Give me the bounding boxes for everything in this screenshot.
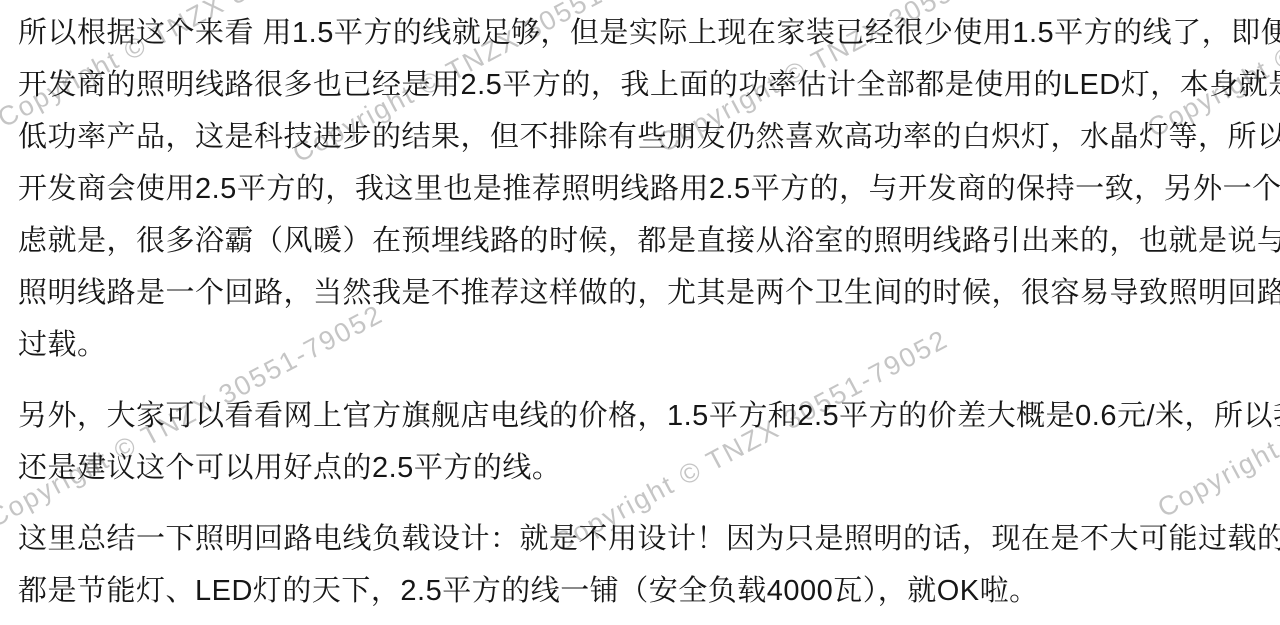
text-line: 开发商会使用2.5平方的，我这里也是推荐照明线路用2.5平方的，与开发商的保持一…	[18, 163, 1268, 215]
text-line: 这里总结一下照明回路电线负载设计：就是不用设计！因为只是照明的话，现在是不大可能…	[18, 513, 1268, 565]
text-line: 都是节能灯、LED灯的天下，2.5平方的线一铺（安全负载4000瓦），就OK啦。	[18, 565, 1268, 617]
text-line: 过载。	[18, 319, 1268, 371]
article-text: 所以根据这个来看 用1.5平方的线就足够，但是实际上现在家装已经很少使用1.5平…	[18, 7, 1268, 617]
text-line: 开发商的照明线路很多也已经是用2.5平方的，我上面的功率估计全部都是使用的LED…	[18, 59, 1268, 111]
text-line: 虑就是，很多浴霸（风暖）在预埋线路的时候，都是直接从浴室的照明线路引出来的，也就…	[18, 215, 1268, 267]
text-line: 另外，大家可以看看网上官方旗舰店电线的价格，1.5平方和2.5平方的价差大概是0…	[18, 390, 1268, 442]
text-line: 所以根据这个来看 用1.5平方的线就足够，但是实际上现在家装已经很少使用1.5平…	[18, 7, 1268, 59]
paragraph-wire-gauge-discussion: 所以根据这个来看 用1.5平方的线就足够，但是实际上现在家装已经很少使用1.5平…	[18, 7, 1268, 371]
text-line: 照明线路是一个回路，当然我是不推荐这样做的，尤其是两个卫生间的时候，很容易导致照…	[18, 267, 1268, 319]
paragraph-price-comparison: 另外，大家可以看看网上官方旗舰店电线的价格，1.5平方和2.5平方的价差大概是0…	[18, 390, 1268, 494]
paragraph-summary: 这里总结一下照明回路电线负载设计：就是不用设计！因为只是照明的话，现在是不大可能…	[18, 513, 1268, 617]
text-line: 低功率产品，这是科技进步的结果，但不排除有些朋友仍然喜欢高功率的白炽灯，水晶灯等…	[18, 111, 1268, 163]
text-line: 还是建议这个可以用好点的2.5平方的线。	[18, 442, 1268, 494]
